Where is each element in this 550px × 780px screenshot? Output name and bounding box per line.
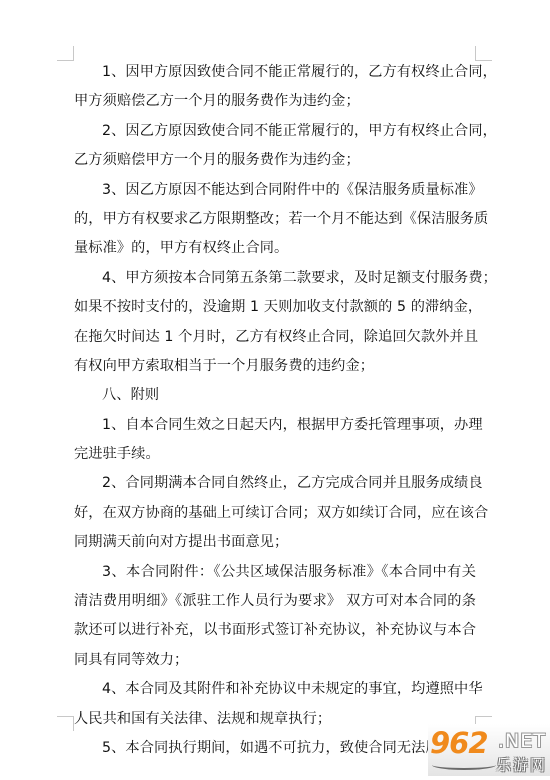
margin-corner-bottom-left bbox=[57, 716, 74, 731]
swoosh-icon bbox=[432, 760, 496, 770]
text-line: 有权向甲方索取相当于一个月服务费的违约金； bbox=[74, 352, 476, 381]
text-line: 甲方须赔偿乙方一个月的服务费作为违约金； bbox=[74, 87, 476, 116]
text-line: 5、本合同执行期间，如遇不可抗力，致使合同无法履行时， bbox=[74, 734, 476, 763]
document-page: 1、因甲方原因致使合同不能正常履行的，乙方有权终止合同，甲方须赔偿乙方一个月的服… bbox=[0, 0, 550, 780]
text-line: 量标准》的，甲方有权终止合同。 bbox=[74, 234, 476, 263]
site-watermark: 962 .NET 乐游网 bbox=[428, 724, 550, 776]
text-line: 人民共和国有关法律、法规和规章执行； bbox=[74, 705, 476, 734]
watermark-chinese: 乐游网 bbox=[496, 754, 547, 775]
text-line: 2、因乙方原因致使合同不能正常履行的，甲方有权终止合同， bbox=[74, 117, 476, 146]
text-line: 的，甲方有权要求乙方限期整改；若一个月不能达到《保洁服务质 bbox=[74, 205, 476, 234]
text-line: 完进驻手续。 bbox=[74, 440, 476, 469]
text-line: 在拖欠时间达 1 个月时，乙方有权终止合同，除追回欠款外并且 bbox=[74, 323, 476, 352]
text-line: 同具有同等效力； bbox=[74, 646, 476, 675]
text-line: 1、自本合同生效之日起天内，根据甲方委托管理事项，办理 bbox=[74, 411, 476, 440]
watermark-number: 962 bbox=[430, 726, 488, 760]
text-line: 3、本合同附件：《公共区域保洁服务标准》《本合同中有关 bbox=[74, 558, 476, 587]
text-line: 同期满天前向对方提出书面意见； bbox=[74, 528, 476, 557]
text-line: 八、附则 bbox=[74, 381, 476, 410]
text-line: 如果不按时支付的，没逾期 1 天则加收支付款额的 5 的滞纳金， bbox=[74, 293, 476, 322]
text-line: 清洁费用明细》《派驻工作人员行为要求》 双方可对本合同的条 bbox=[74, 587, 476, 616]
text-line: 3、因乙方原因不能达到合同附件中的《保洁服务质量标准》 bbox=[74, 176, 476, 205]
text-line: 4、本合同及其附件和补充协议中未规定的事宜，均遵照中华 bbox=[74, 675, 476, 704]
text-line: 2、合同期满本合同自然终止，乙方完成合同并且服务成绩良 bbox=[74, 469, 476, 498]
text-line: 1、因甲方原因致使合同不能正常履行的，乙方有权终止合同， bbox=[74, 58, 476, 87]
watermark-suffix: .NET bbox=[498, 730, 546, 752]
text-line: 乙方须赔偿甲方一个月的服务费作为违约金； bbox=[74, 146, 476, 175]
text-line: 款还可以进行补充，以书面形式签订补充协议，补充协议与本合 bbox=[74, 616, 476, 645]
margin-corner-top-left bbox=[57, 46, 74, 61]
document-body: 1、因甲方原因致使合同不能正常履行的，乙方有权终止合同，甲方须赔偿乙方一个月的服… bbox=[74, 58, 476, 763]
text-line: 4、甲方须按本合同第五条第二款要求，及时足额支付服务费； bbox=[74, 264, 476, 293]
text-line: 好，在双方协商的基础上可续订合同；双方如续订合同，应在该合 bbox=[74, 499, 476, 528]
